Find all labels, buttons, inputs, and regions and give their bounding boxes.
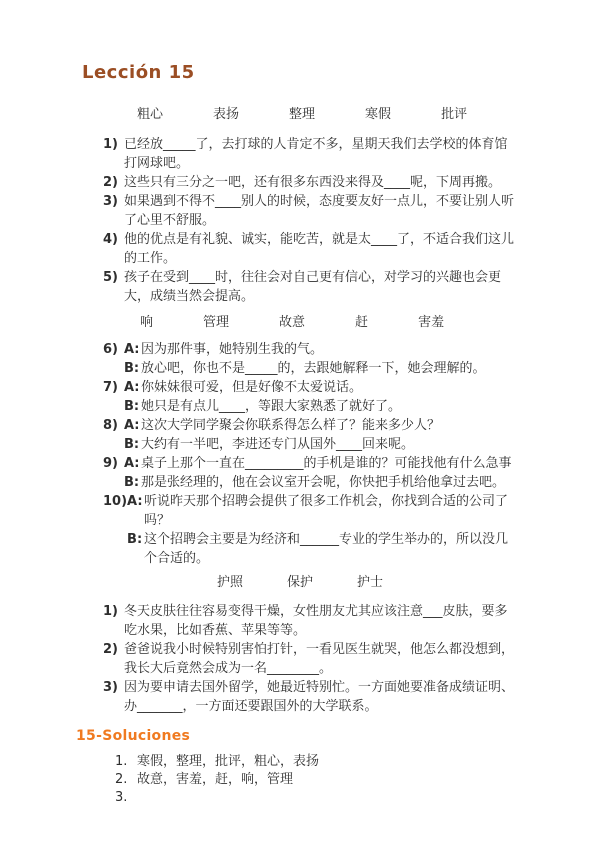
word-bank-3: 护照 保护 护士 [217,573,549,592]
dialogue-text: 这个招聘会主要是为经济和______专业的学生举办的，所以没几个合适的。 [144,530,516,568]
exercise-number: 6) [103,340,124,378]
solutions-heading: 15-Soluciones [76,728,549,745]
solution-number: 1. [115,753,137,771]
exercise-number: 5) [103,268,124,306]
dialogue-text: 因为那件事，她特别生我的气。 [141,340,323,359]
exercise-text: 爸爸说我小时候特别害怕打针，一看见医生就哭，他怎么都没想到，我长大后竟然会成为一… [124,640,516,678]
solution-text: 寒假，整理，批评，粗心，表扬 [137,753,319,771]
dialogue-lines: A: 桌子上那个一直在_________的手机是谁的？可能找他有什么急事 B: … [124,454,549,492]
fill-in-blank-section-1: 1) 已经放_____了，去打球的人肯定不多，星期天我们去学校的体育馆打网球吧。… [103,135,549,306]
speaker-b-label: B: [124,435,141,454]
dialogue-lines: A: 你妹妹很可爱，但是好像不太爱说话。 B: 她只是有点儿____，等跟大家熟… [124,378,549,416]
speaker-a-label: A: [127,492,144,530]
exercise-text: 冬天皮肤往往容易变得干燥，女性朋友尤其应该注意___皮肤，要多吃水果，比如香蕉、… [124,602,516,640]
dialogue-line-a: A: 桌子上那个一直在_________的手机是谁的？可能找他有什么急事 [124,454,549,473]
dialogue-text: 她只是有点儿____，等跟大家熟悉了就好了。 [141,397,401,416]
dialogue-line-a: A: 因为那件事，她特别生我的气。 [124,340,549,359]
exercise-text: 他的优点是有礼貌、诚实，能吃苦，就是太____了，不适合我们这儿的工作。 [124,230,516,268]
word-bank-word: 赶 [355,313,368,332]
exercise-number: 7) [103,378,124,416]
dialogue-text: 听说昨天那个招聘会提供了很多工作机会，你找到合适的公司了吗？ [144,492,516,530]
solution-item: 1. 寒假，整理，批评，粗心，表扬 [115,753,549,771]
lesson-title: Lección 15 [82,62,549,84]
dialogue-section: 6) A: 因为那件事，她特别生我的气。 B: 放心吧，你也不是_____的，去… [103,340,549,568]
word-bank-word: 管理 [203,313,229,332]
word-bank-word: 保护 [287,573,313,592]
dialogue-text: 那是张经理的，他在会议室开会呢，你快把手机给他拿过去吧。 [141,473,505,492]
exercise-number: 3) [103,678,124,716]
exercise-number: 9) [103,454,124,492]
dialogue-text: 桌子上那个一直在_________的手机是谁的？可能找他有什么急事 [141,454,512,473]
dialogue-line-a: A: 这次大学同学聚会你联系得怎么样了？能来多少人？ [124,416,549,435]
speaker-a-label: A: [124,340,141,359]
dialogue-item: 7) A: 你妹妹很可爱，但是好像不太爱说话。 B: 她只是有点儿____，等跟… [103,378,549,416]
solutions-list: 1. 寒假，整理，批评，粗心，表扬 2. 故意，害羞，赶，响，管理 3. [115,753,549,807]
word-bank-1: 粗心 表扬 整理 寒假 批评 [137,105,549,124]
word-bank-word: 粗心 [137,105,163,124]
dialogue-text: 这次大学同学聚会你联系得怎么样了？能来多少人？ [141,416,440,435]
dialogue-line-b: B: 这个招聘会主要是为经济和______专业的学生举办的，所以没几个合适的。 [127,530,549,568]
exercise-item: 5) 孩子在受到____时，往往会对自己更有信心，对学习的兴趣也会更大，成绩当然… [103,268,549,306]
dialogue-line-a: A: 听说昨天那个招聘会提供了很多工作机会，你找到合适的公司了吗？ [127,492,549,530]
word-bank-word: 护照 [217,573,243,592]
dialogue-item: 10) A: 听说昨天那个招聘会提供了很多工作机会，你找到合适的公司了吗？ B:… [103,492,549,568]
speaker-b-label: B: [124,473,141,492]
dialogue-lines: A: 听说昨天那个招聘会提供了很多工作机会，你找到合适的公司了吗？ B: 这个招… [127,492,549,568]
exercise-item: 2) 这些只有三分之一吧，还有很多东西没来得及____呢，下周再搬。 [103,173,549,192]
exercise-number: 1) [103,135,124,173]
speaker-b-label: B: [124,397,141,416]
worksheet-page: Lección 15 粗心 表扬 整理 寒假 批评 1) 已经放_____了，去… [0,0,599,848]
dialogue-line-b: B: 那是张经理的，他在会议室开会呢，你快把手机给他拿过去吧。 [124,473,549,492]
dialogue-item: 6) A: 因为那件事，她特别生我的气。 B: 放心吧，你也不是_____的，去… [103,340,549,378]
word-bank-word: 表扬 [213,105,239,124]
speaker-a-label: A: [124,378,141,397]
dialogue-lines: A: 这次大学同学聚会你联系得怎么样了？能来多少人？ B: 大约有一半吧，李进还… [124,416,549,454]
dialogue-lines: A: 因为那件事，她特别生我的气。 B: 放心吧，你也不是_____的，去跟她解… [124,340,549,378]
exercise-item: 4) 他的优点是有礼貌、诚实，能吃苦，就是太____了，不适合我们这儿的工作。 [103,230,549,268]
word-bank-word: 故意 [279,313,305,332]
fill-in-blank-section-2: 1) 冬天皮肤往往容易变得干燥，女性朋友尤其应该注意___皮肤，要多吃水果，比如… [103,602,549,716]
solution-number: 3. [115,789,137,807]
word-bank-word: 批评 [441,105,467,124]
word-bank-2: 响 管理 故意 赶 害羞 [140,313,549,332]
word-bank-word: 护士 [357,573,383,592]
solution-item: 3. [115,789,549,807]
word-bank-word: 害羞 [418,313,444,332]
exercise-number: 10) [103,492,127,568]
exercise-number: 2) [103,640,124,678]
exercise-text: 如果遇到不得不____别人的时候，态度要友好一点儿，不要让别人听了心里不舒服。 [124,192,516,230]
dialogue-line-b: B: 她只是有点儿____，等跟大家熟悉了就好了。 [124,397,549,416]
solution-text: 故意，害羞，赶，响，管理 [137,771,293,789]
exercise-number: 4) [103,230,124,268]
word-bank-word: 整理 [289,105,315,124]
speaker-a-label: A: [124,416,141,435]
word-bank-word: 寒假 [365,105,391,124]
exercise-number: 3) [103,192,124,230]
exercise-item: 2) 爸爸说我小时候特别害怕打针，一看见医生就哭，他怎么都没想到，我长大后竟然会… [103,640,549,678]
exercise-text: 孩子在受到____时，往往会对自己更有信心，对学习的兴趣也会更大，成绩当然会提高… [124,268,516,306]
word-bank-word: 响 [140,313,153,332]
solution-number: 2. [115,771,137,789]
dialogue-item: 9) A: 桌子上那个一直在_________的手机是谁的？可能找他有什么急事 … [103,454,549,492]
dialogue-line-a: A: 你妹妹很可爱，但是好像不太爱说话。 [124,378,549,397]
exercise-item: 3) 如果遇到不得不____别人的时候，态度要友好一点儿，不要让别人听了心里不舒… [103,192,549,230]
dialogue-text: 大约有一半吧，李进还专门从国外____回来呢。 [141,435,414,454]
exercise-number: 2) [103,173,124,192]
speaker-b-label: B: [124,359,141,378]
exercise-item: 1) 冬天皮肤往往容易变得干燥，女性朋友尤其应该注意___皮肤，要多吃水果，比如… [103,602,549,640]
dialogue-line-b: B: 放心吧，你也不是_____的，去跟她解释一下，她会理解的。 [124,359,549,378]
exercise-number: 8) [103,416,124,454]
exercise-item: 1) 已经放_____了，去打球的人肯定不多，星期天我们去学校的体育馆打网球吧。 [103,135,549,173]
exercise-text: 因为要申请去国外留学，她最近特别忙。一方面她要准备成绩证明、办_______，一… [124,678,516,716]
dialogue-text: 你妹妹很可爱，但是好像不太爱说话。 [141,378,362,397]
exercise-text: 已经放_____了，去打球的人肯定不多，星期天我们去学校的体育馆打网球吧。 [124,135,516,173]
exercise-number: 1) [103,602,124,640]
speaker-b-label: B: [127,530,144,568]
speaker-a-label: A: [124,454,141,473]
exercise-item: 3) 因为要申请去国外留学，她最近特别忙。一方面她要准备成绩证明、办______… [103,678,549,716]
solution-item: 2. 故意，害羞，赶，响，管理 [115,771,549,789]
exercise-text: 这些只有三分之一吧，还有很多东西没来得及____呢，下周再搬。 [124,173,501,192]
dialogue-line-b: B: 大约有一半吧，李进还专门从国外____回来呢。 [124,435,549,454]
dialogue-item: 8) A: 这次大学同学聚会你联系得怎么样了？能来多少人？ B: 大约有一半吧，… [103,416,549,454]
dialogue-text: 放心吧，你也不是_____的，去跟她解释一下，她会理解的。 [141,359,486,378]
